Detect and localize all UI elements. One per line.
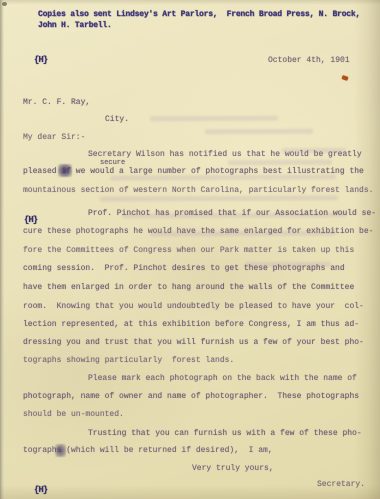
paper-edge-right <box>354 0 380 499</box>
paper-edge-top <box>0 0 380 5</box>
salutation: My dear Sir:- <box>23 133 85 143</box>
letter-body-line: mountainous section of western North Car… <box>23 186 373 196</box>
ghost-text-smudge <box>100 195 338 201</box>
letter-body-line: Trusting that you can furnish us with a … <box>88 429 362 439</box>
letter-body-line: cure these photographs he would have the… <box>23 227 373 237</box>
letter-body-line: lection represented, at this exhibition … <box>23 320 359 330</box>
margin-mark-bottom: {H} <box>34 485 47 495</box>
recipient-name: Mr. C. F. Ray, <box>23 98 90 108</box>
letter-body-line: photograph, name of owner and name of ph… <box>23 392 359 402</box>
margin-mark-middle: {H} <box>24 215 37 225</box>
headnote-line-1: Copies also sent Lindsey's Art Parlors, … <box>38 10 360 21</box>
ink-blot-if <box>58 164 72 177</box>
ghost-text-smudge <box>228 160 332 166</box>
letter-body-line: should be un-mounted. <box>23 410 124 420</box>
letter-body-line: room. Knowing that you would undoubtedly… <box>23 302 364 312</box>
interlined-word-secure: secure <box>100 159 125 167</box>
letter-body-line: fore the Committees of Congress when our… <box>23 246 354 256</box>
headnote-line-2: John H. Tarbell. <box>38 21 112 32</box>
recipient-city: City. <box>105 115 129 125</box>
letter-body-line: tographs showing particularly forest lan… <box>23 356 234 366</box>
letter-body-line: Prof. Pinchot has promised that if our A… <box>88 209 376 219</box>
letter-body-line: coming session. Prof. Pinchot desires to… <box>23 264 345 274</box>
margin-mark-top: {H} <box>34 55 47 65</box>
paper-corner-speck <box>2 2 7 6</box>
scanned-letter-page: Copies also sent Lindsey's Art Parlors, … <box>0 0 380 499</box>
letter-body-line: pleased if we would a large number of ph… <box>23 167 364 177</box>
letter-body-line: dressing you and trust that you will fur… <box>23 338 364 348</box>
closing-phrase: Very truly yours, <box>192 464 274 474</box>
red-ink-speck <box>342 75 349 81</box>
letter-body-line: Secretary Wilson has notified us that he… <box>88 150 362 160</box>
ink-blot-tographs <box>55 444 66 457</box>
letter-body-line: Please mark each photograph on the back … <box>88 374 357 384</box>
ghost-text-smudge <box>150 116 278 122</box>
date-line: October 4th, 1901 <box>268 56 350 66</box>
ghost-text-smudge <box>205 129 313 135</box>
paper-edge-left <box>0 0 4 499</box>
letter-body-line: have them enlarged in order to hang arou… <box>23 283 354 293</box>
signature-title: Secretary. <box>317 480 365 490</box>
